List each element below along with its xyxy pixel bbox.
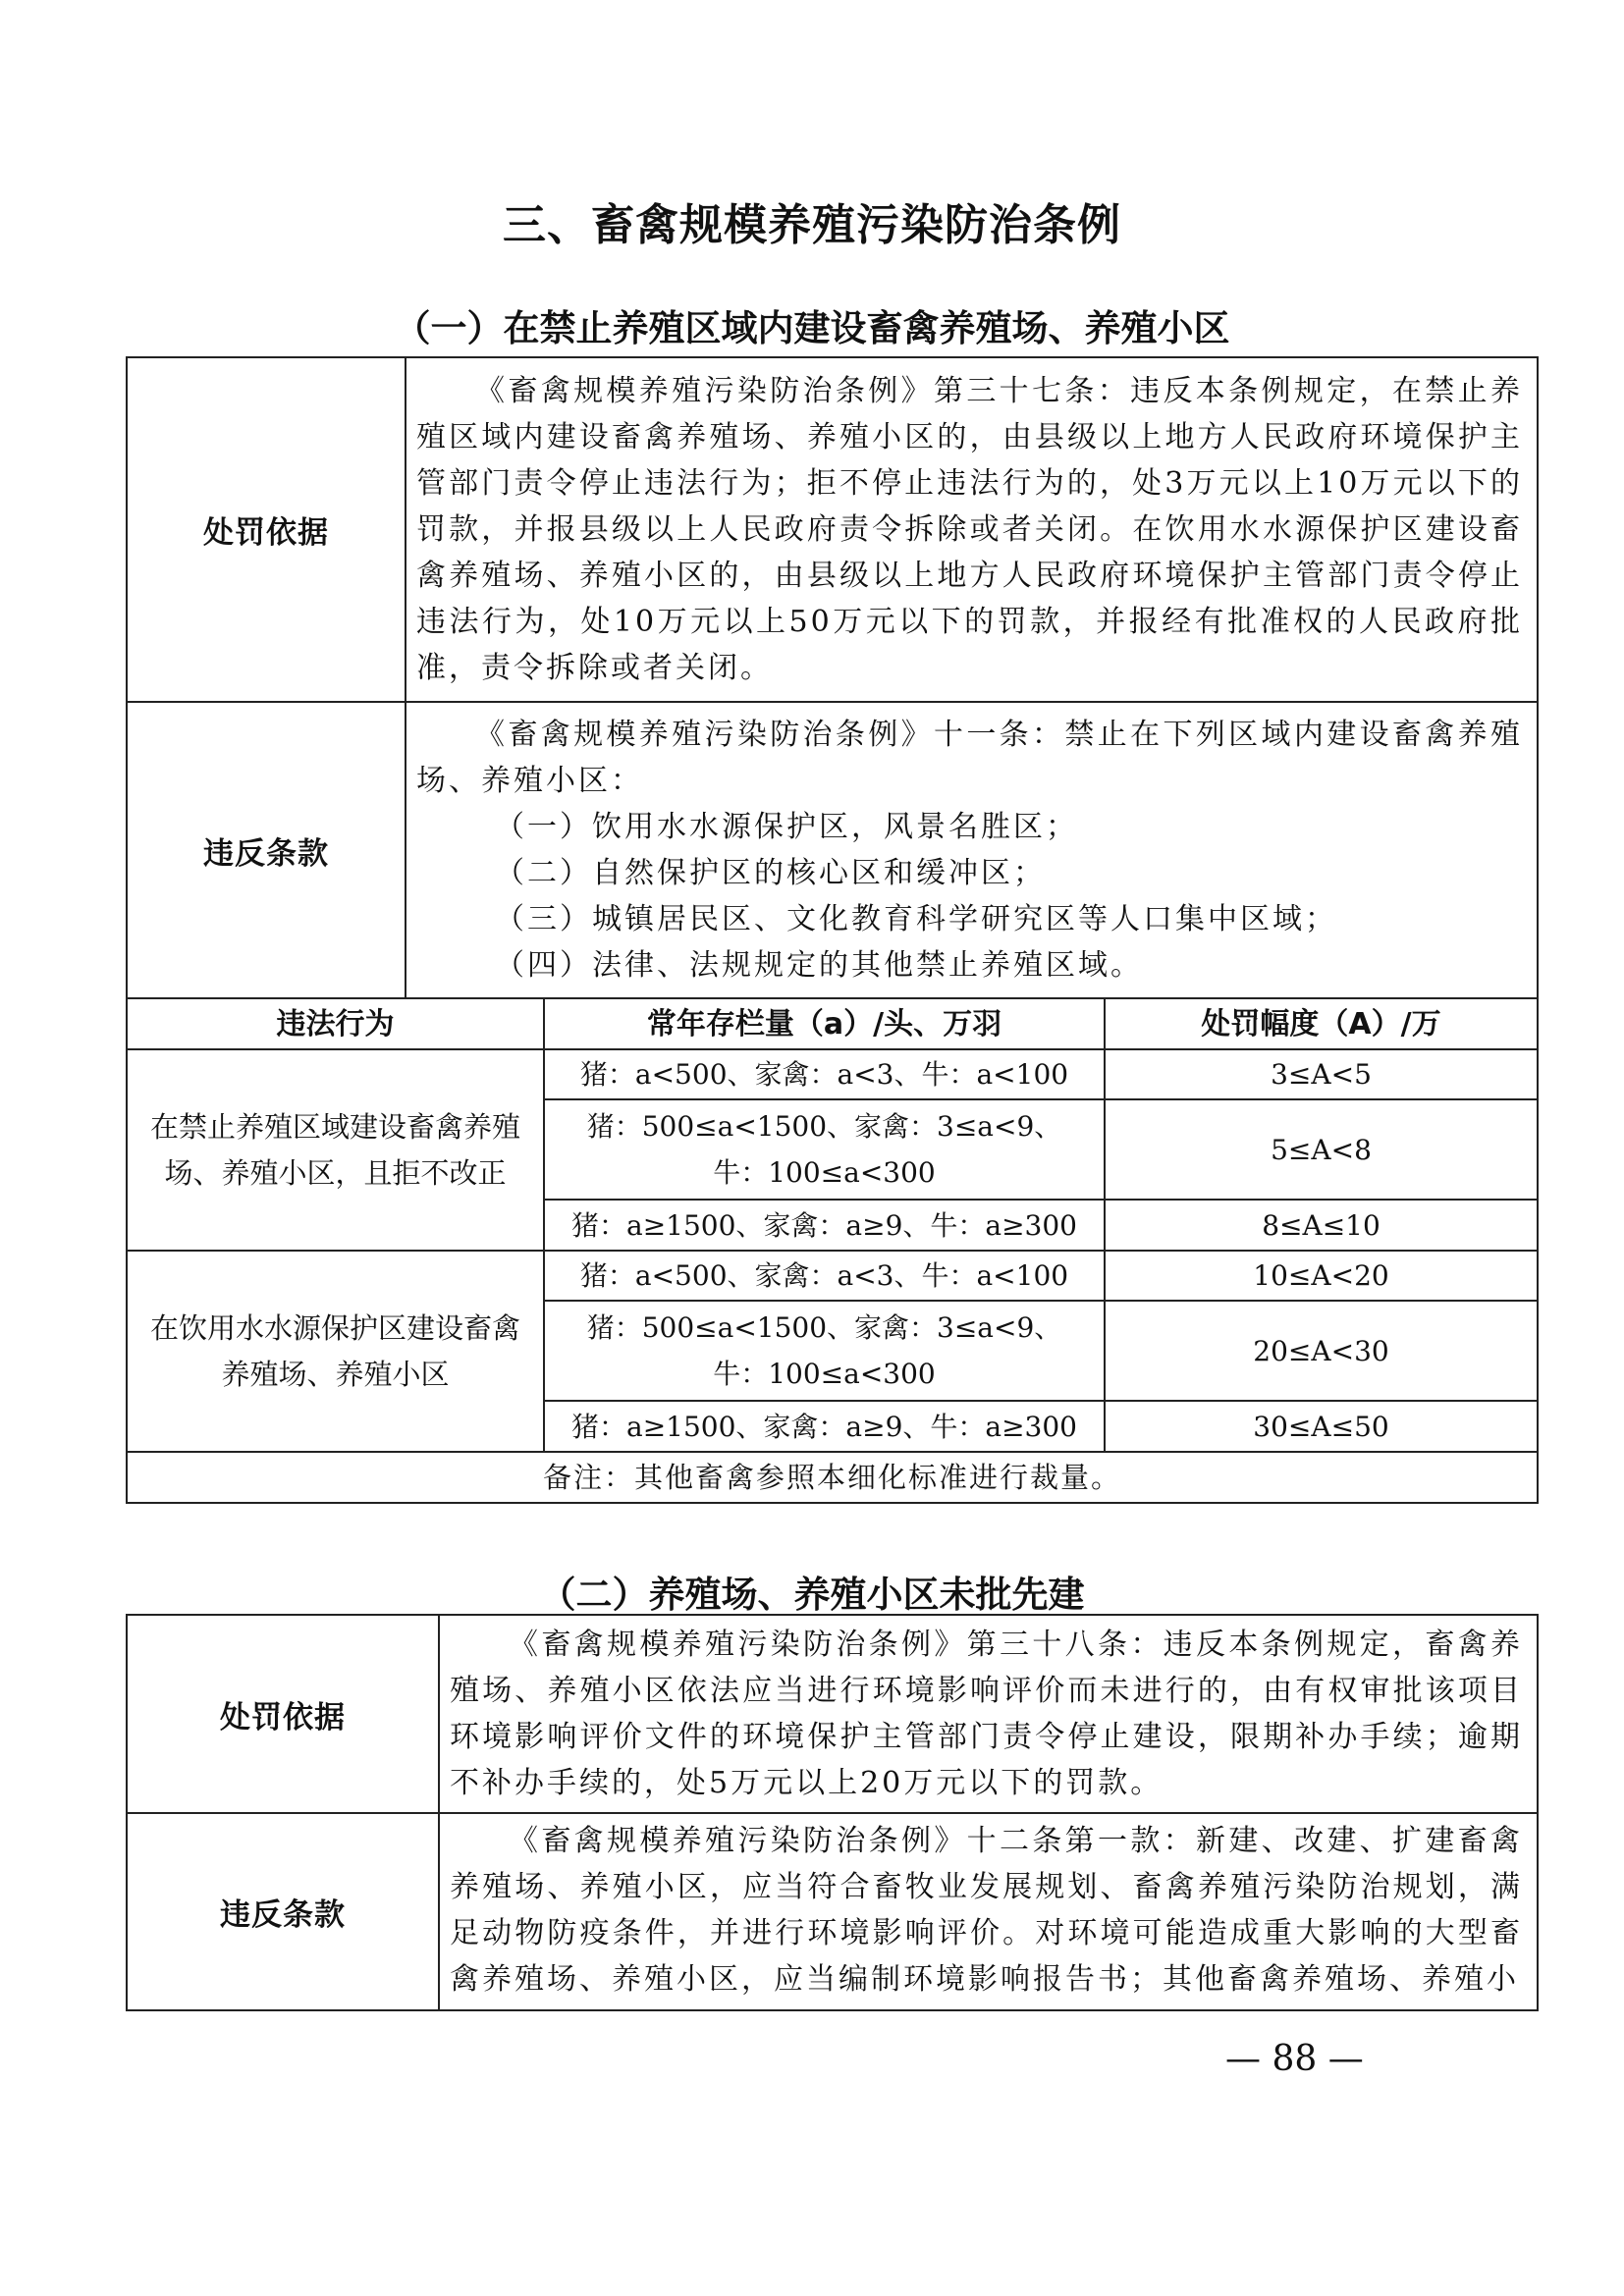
penalty-table: 违法行为 常年存栏量（a）/头、万羽 处罚幅度（A）/万 在禁止养殖区域建设畜禽… bbox=[126, 997, 1539, 1504]
violated-item: （三）城镇居民区、文化教育科学研究区等人口集中区域； bbox=[416, 896, 1523, 942]
penalty-amount-cell: 30≤A≤50 bbox=[1105, 1401, 1538, 1452]
basis-text: 《畜禽规模养殖污染防治条例》第三十八条：违反本条例规定，畜禽养殖场、养殖小区依法… bbox=[450, 1622, 1523, 1806]
violated-text-cell: 《畜禽规模养殖污染防治条例》十二条第一款：新建、改建、扩建畜禽养殖场、养殖小区，… bbox=[439, 1813, 1538, 2010]
penalty-amount-cell: 5≤A<8 bbox=[1105, 1099, 1538, 1200]
violated-row: 违反条款 《畜禽规模养殖污染防治条例》十一条：禁止在下列区域内建设畜禽养殖场、养… bbox=[127, 702, 1538, 998]
violated-item: （一）饮用水水源保护区，风景名胜区； bbox=[416, 804, 1523, 850]
stock-range-cell: 猪：a<500、家禽：a<3、牛：a<100 bbox=[544, 1251, 1105, 1301]
penalty-amount-cell: 8≤A≤10 bbox=[1105, 1200, 1538, 1251]
stock-range-cell: 猪：500≤a<1500、家禽：3≤a<9、牛：100≤a<300 bbox=[544, 1099, 1105, 1200]
page-title: 三、畜禽规模养殖污染防治条例 bbox=[0, 196, 1624, 255]
violated-label: 违反条款 bbox=[127, 702, 406, 998]
basis-row: 处罚依据 《畜禽规模养殖污染防治条例》第三十七条：违反本条例规定，在禁止养殖区域… bbox=[127, 357, 1538, 702]
penalty-amount-cell: 10≤A<20 bbox=[1105, 1251, 1538, 1301]
table-note: 备注：其他畜禽参照本细化标准进行裁量。 bbox=[127, 1452, 1538, 1503]
table-row: 在禁止养殖区域建设畜禽养殖场、养殖小区，且拒不改正 猪：a<500、家禽：a<3… bbox=[127, 1049, 1538, 1099]
note-row: 备注：其他畜禽参照本细化标准进行裁量。 bbox=[127, 1452, 1538, 1503]
behavior-cell: 在饮用水水源保护区建设畜禽养殖场、养殖小区 bbox=[127, 1251, 544, 1452]
header-behavior: 违法行为 bbox=[127, 998, 544, 1049]
violated-text-cell: 《畜禽规模养殖污染防治条例》十一条：禁止在下列区域内建设畜禽养殖场、养殖小区： … bbox=[406, 702, 1538, 998]
behavior-cell: 在禁止养殖区域建设畜禽养殖场、养殖小区，且拒不改正 bbox=[127, 1049, 544, 1251]
basis-label: 处罚依据 bbox=[127, 357, 406, 702]
stock-range-cell: 猪：500≤a<1500、家禽：3≤a<9、牛：100≤a<300 bbox=[544, 1301, 1105, 1401]
basis-text: 《畜禽规模养殖污染防治条例》第三十七条：违反本条例规定，在禁止养殖区域内建设畜禽… bbox=[416, 368, 1523, 691]
section1-basis-table: 处罚依据 《畜禽规模养殖污染防治条例》第三十七条：违反本条例规定，在禁止养殖区域… bbox=[126, 356, 1539, 999]
violated-item: （四）法律、法规规定的其他禁止养殖区域。 bbox=[416, 942, 1523, 988]
stock-range-cell: 猪：a<500、家禽：a<3、牛：a<100 bbox=[544, 1049, 1105, 1099]
header-penalty-amount: 处罚幅度（A）/万 bbox=[1105, 998, 1538, 1049]
page-number: — 88 — bbox=[1225, 2040, 1364, 2079]
violated-label: 违反条款 bbox=[127, 1813, 439, 2010]
penalty-amount-cell: 3≤A<5 bbox=[1105, 1049, 1538, 1099]
stock-range-cell: 猪：a≥1500、家禽：a≥9、牛：a≥300 bbox=[544, 1200, 1105, 1251]
section2-basis-table: 处罚依据 《畜禽规模养殖污染防治条例》第三十八条：违反本条例规定，畜禽养殖场、养… bbox=[126, 1614, 1539, 2011]
basis-text-cell: 《畜禽规模养殖污染防治条例》第三十七条：违反本条例规定，在禁止养殖区域内建设畜禽… bbox=[406, 357, 1538, 702]
section1-heading: （一）在禁止养殖区域内建设畜禽养殖场、养殖小区 bbox=[0, 304, 1624, 353]
basis-text-cell: 《畜禽规模养殖污染防治条例》第三十八条：违反本条例规定，畜禽养殖场、养殖小区依法… bbox=[439, 1615, 1538, 1813]
table-row: 在饮用水水源保护区建设畜禽养殖场、养殖小区 猪：a<500、家禽：a<3、牛：a… bbox=[127, 1251, 1538, 1301]
basis-label: 处罚依据 bbox=[127, 1615, 439, 1813]
header-stock-range: 常年存栏量（a）/头、万羽 bbox=[544, 998, 1105, 1049]
penalty-header-row: 违法行为 常年存栏量（a）/头、万羽 处罚幅度（A）/万 bbox=[127, 998, 1538, 1049]
basis-row: 处罚依据 《畜禽规模养殖污染防治条例》第三十八条：违反本条例规定，畜禽养殖场、养… bbox=[127, 1615, 1538, 1813]
violated-row: 违反条款 《畜禽规模养殖污染防治条例》十二条第一款：新建、改建、扩建畜禽养殖场、… bbox=[127, 1813, 1538, 2010]
stock-range-cell: 猪：a≥1500、家禽：a≥9、牛：a≥300 bbox=[544, 1401, 1105, 1452]
violated-intro: 《畜禽规模养殖污染防治条例》十一条：禁止在下列区域内建设畜禽养殖场、养殖小区： bbox=[416, 712, 1523, 804]
section2-heading: （二）养殖场、养殖小区未批先建 bbox=[0, 1571, 1624, 1620]
penalty-amount-cell: 20≤A<30 bbox=[1105, 1301, 1538, 1401]
violated-item: （二）自然保护区的核心区和缓冲区； bbox=[416, 850, 1523, 896]
violated-text: 《畜禽规模养殖污染防治条例》十二条第一款：新建、改建、扩建畜禽养殖场、养殖小区，… bbox=[450, 1818, 1523, 2002]
